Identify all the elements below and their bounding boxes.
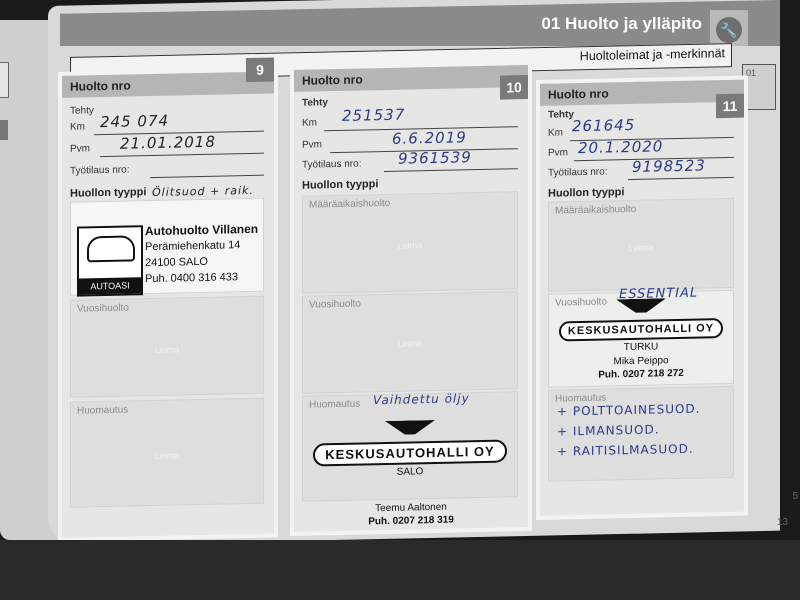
- leima-placeholder: Leima: [303, 238, 517, 252]
- type-note: Ölitsuod + raik.: [152, 184, 254, 199]
- pvm-label: Pvm: [70, 143, 90, 154]
- km-label: Km: [548, 127, 563, 138]
- huomautus-box: Huomautus + POLTTOAINESUOD. + ILMANSUOD.…: [548, 386, 734, 482]
- wings-logo-icon: [616, 298, 666, 313]
- maaraaikaishuolto-box: Määräaikaishuolto Leima: [548, 198, 734, 292]
- vuosihuolto-box: Vuosihuolto Leima: [302, 291, 518, 394]
- section-subtitle: Huoltoleimat ja -merkinnät: [580, 46, 725, 63]
- previous-page-box: [0, 62, 9, 98]
- km-label: Km: [302, 117, 317, 128]
- card-header-label: Huolto nro: [548, 86, 609, 101]
- previous-page-bar: [0, 120, 8, 140]
- km-value: 245 074: [100, 112, 169, 131]
- huomautus-box: Huomautus Vaihdettu öljy KESKUSAUTOHALLI…: [302, 391, 518, 502]
- service-card-10: Huolto nro 10 Tehty Km 251537 Pvm 6.6.20…: [290, 61, 532, 536]
- maaraaikaishuolto-box: Määräaikaishuolto Leima: [302, 191, 518, 294]
- huomautus-label: Huomautus: [309, 399, 360, 411]
- pvm-label: Pvm: [548, 147, 568, 158]
- tyotilaus-value: 9198523: [632, 156, 706, 176]
- stamp-city: SALO: [303, 464, 517, 479]
- vuosihuolto-label: Vuosihuolto: [309, 299, 361, 311]
- autoasi-logo: AUTOASI: [77, 225, 143, 296]
- km-value: 251537: [342, 106, 405, 125]
- card-header-label: Huolto nro: [70, 78, 131, 93]
- tyotilaus-label: Työtilaus nro:: [548, 167, 607, 179]
- huomautus-line: + POLTTOAINESUOD.: [557, 402, 700, 419]
- tyotilaus-field[interactable]: Työtilaus nro: 9361539: [302, 155, 518, 174]
- keskusautohalli-stamp: KESKUSAUTOHALLI OY SALO: [303, 418, 517, 479]
- vuosihuolto-box: Vuosihuolto ESSENTIAL KESKUSAUTOHALLI OY…: [548, 290, 734, 388]
- wrench-icon: 🔧: [716, 17, 742, 43]
- leima-placeholder: Leima: [71, 449, 263, 463]
- mechanic-info: Mika Peippo Puh. 0207 218 272: [549, 353, 733, 383]
- huollon-tyyppi-label: Huollon tyyppi: [302, 178, 378, 192]
- card-body: Huolto nro 10 Tehty Km 251537 Pvm 6.6.20…: [294, 65, 528, 532]
- background-surface: [0, 540, 800, 600]
- pvm-field[interactable]: Pvm 21.01.2018: [70, 140, 264, 158]
- huomautus-box: Huomautus Leima: [70, 398, 264, 508]
- tyotilaus-label: Työtilaus nro:: [302, 159, 361, 171]
- stamp-company: KESKUSAUTOHALLI OY: [559, 318, 723, 341]
- maaraaikaishuolto-box: AUTOASI Autohuolto Villanen Perämiehenka…: [70, 198, 264, 296]
- leima-placeholder: Leima: [549, 241, 733, 255]
- huomautus-label: Huomautus: [77, 405, 128, 417]
- pvm-value: 20.1.2020: [578, 137, 663, 157]
- huollon-tyyppi-label: Huollon tyyppi: [548, 186, 624, 200]
- stamp-company: KESKUSAUTOHALLI OY: [313, 439, 507, 466]
- leima-placeholder: Leima: [71, 343, 263, 357]
- card-body: Huolto nro 9 Tehty Km 245 074 Pvm 21.01.…: [62, 71, 274, 537]
- tehty-label: Tehty: [302, 93, 518, 109]
- card-body: Huolto nro 11 Tehty Km 261645 Pvm 20.1.2…: [540, 80, 744, 516]
- maaraaikaishuolto-label: Määräaikaishuolto: [309, 198, 390, 211]
- service-card-11: Huolto nro 11 Tehty Km 261645 Pvm 20.1.2…: [536, 76, 748, 520]
- card-header: Huolto nro: [294, 65, 528, 92]
- tyotilaus-value: 9361539: [398, 148, 472, 168]
- card-header-label: Huolto nro: [302, 72, 363, 87]
- workshop-stamp: Autohuolto Villanen Perämiehenkatu 14 24…: [145, 221, 258, 287]
- card-header: Huolto nro: [62, 71, 274, 97]
- keskusautohalli-stamp: KESKUSAUTOHALLI OY TURKU: [549, 297, 733, 355]
- wings-logo-icon: [385, 420, 435, 435]
- leima-placeholder: Leima: [303, 336, 517, 350]
- card-header: Huolto nro: [540, 80, 744, 106]
- tyotilaus-label: Työtilaus nro:: [70, 165, 129, 177]
- huomautus-line: + RAITISILMASUOD.: [557, 442, 694, 459]
- km-label: Km: [70, 121, 85, 132]
- km-value: 261645: [572, 116, 635, 135]
- pvm-value: 21.01.2018: [120, 133, 216, 153]
- vuosihuolto-label: Vuosihuolto: [77, 303, 129, 315]
- workshop-name: Autohuolto Villanen: [145, 221, 258, 239]
- maaraaikaishuolto-label: Määräaikaishuolto: [555, 204, 636, 217]
- tyotilaus-field[interactable]: Työtilaus nro:: [70, 162, 264, 180]
- chapter-title: 01 Huolto ja ylläpito: [541, 14, 702, 34]
- mechanic-phone: Puh. 0207 218 272: [549, 366, 733, 383]
- pvm-value: 6.6.2019: [392, 128, 467, 148]
- huomautus-note: Vaihdettu öljy: [373, 391, 470, 407]
- huomautus-line: + ILMANSUOD.: [557, 422, 660, 438]
- tyotilaus-field[interactable]: Työtilaus nro: 9198523: [548, 164, 734, 182]
- huollon-tyyppi-label: Huollon tyyppi: [70, 186, 146, 200]
- mechanic-info: Teemu Aaltonen Puh. 0207 218 319: [294, 499, 528, 530]
- workshop-phone: Puh. 0400 316 433: [145, 269, 258, 287]
- autoasi-logo-text: AUTOASI: [79, 277, 141, 294]
- card-number: 9: [246, 57, 274, 82]
- vuosihuolto-box: Vuosihuolto Leima: [70, 296, 264, 398]
- service-card-9: Huolto nro 9 Tehty Km 245 074 Pvm 21.01.…: [58, 67, 278, 542]
- car-icon: [87, 235, 135, 262]
- page-number: 13: [777, 517, 788, 528]
- pvm-label: Pvm: [302, 139, 322, 150]
- side-marker: 5: [792, 491, 798, 502]
